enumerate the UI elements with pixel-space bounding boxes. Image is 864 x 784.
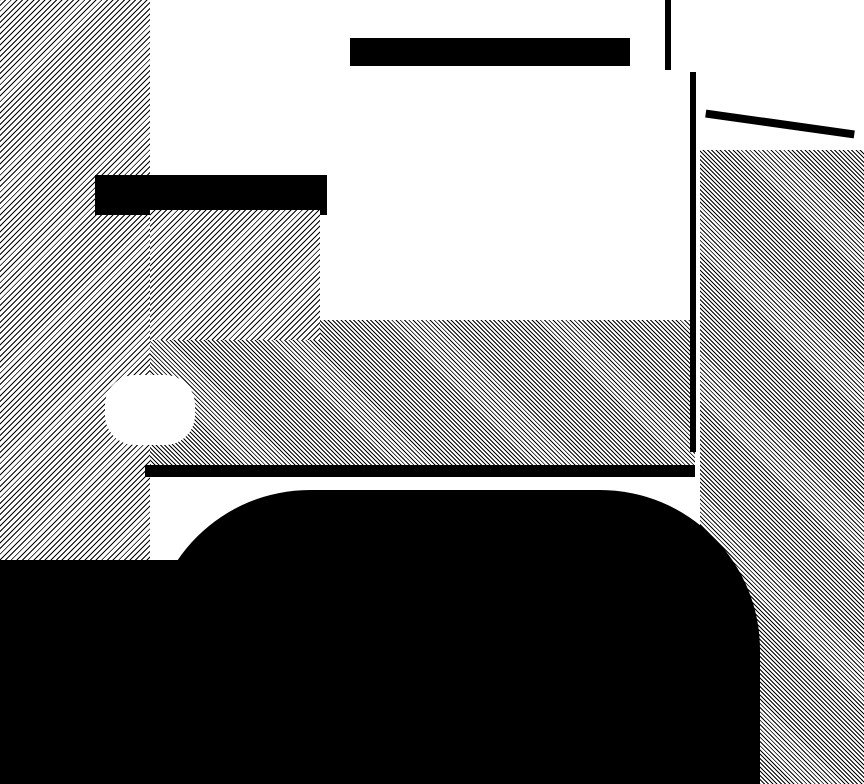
window-frame-top [350, 38, 630, 66]
canvas-left-texture [150, 210, 320, 340]
photo-scene [0, 0, 864, 784]
hand-left [105, 375, 195, 445]
figure-body [150, 490, 760, 784]
shelf-line [705, 110, 855, 139]
figure-left-dark [0, 560, 200, 784]
canvas-texture [150, 320, 695, 465]
dark-band [95, 175, 327, 215]
canvas-right-edge [690, 72, 696, 452]
canvas-bottom-edge [145, 465, 695, 477]
window-frame-right [665, 0, 671, 70]
